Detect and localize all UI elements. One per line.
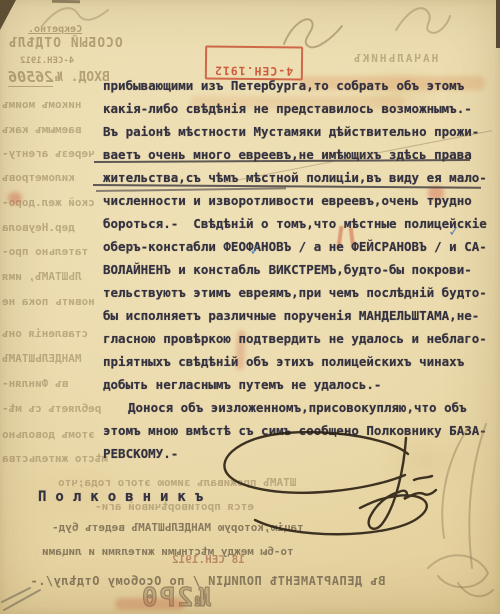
bleed-entry-number: 26506 (8, 68, 53, 87)
typewritten-line: пріятныхъ свѣдѣній объ этихъ полицейских… (103, 354, 464, 369)
typewritten-line: оберъ-констабли ФЕОФАНОВЪ / а не ФЕЙСРАН… (103, 239, 487, 254)
typewritten-line: тельствуютъ этимъ евреямъ,при чемъ послѣ… (103, 285, 487, 300)
pencil-scrawl (0, 586, 48, 614)
red-bleed-mark (8, 192, 22, 204)
typewritten-line: добыть негласнымъ путемъ не удалось.- (103, 377, 381, 392)
bleed-chief-heading: НАЧАЛЬНИКЪ (352, 52, 438, 65)
pen-underline (96, 187, 286, 192)
pencil-scrawl (278, 6, 348, 54)
typewritten-line: численности и изворотливости евреевъ,оче… (103, 193, 472, 208)
closing-rank-line: Полковникъ (38, 489, 212, 505)
typewritten-line: РЕВСКОМУ.- (103, 446, 178, 461)
bleedthrough-text: километровъ (2, 171, 75, 184)
bleedthrough-text: дер.Неувола (2, 221, 75, 234)
typewritten-line: бороться.- Свѣдѣній о томъ,что мѣстные п… (103, 216, 487, 231)
bleedthrough-text: ваемымъ какъ (2, 123, 81, 136)
typewritten-line: ВОЛАЙНЕНЪ и констабль ВИКСТРЕМЪ,будто-бы… (103, 262, 472, 277)
bleedthrough-text: ребляетъ съ мѣ- (2, 402, 101, 415)
document-page: Секретно. ОСОБЫЙ ОТДѢЛЪ 4-СЕН.1912 ВХОД.… (0, 0, 500, 614)
typewritten-line: бы исполняетъ различные порученія МАНДЕЛ… (103, 308, 479, 323)
typewritten-line: Въ раіонѣ мѣстности Мустамяки дѣйствител… (103, 124, 479, 139)
bleed-entry-label: ВХОД. № (55, 70, 110, 85)
page-edge-mark (52, 0, 80, 3)
bleedthrough-text: черезъ агенту- (2, 147, 95, 160)
typewritten-line: гласною провѣркою подтвердить не удалось… (103, 331, 487, 346)
pencil-scrawl (392, 2, 454, 36)
blue-checkmark: ✓ (448, 221, 459, 241)
bleedthrough-text: тательно про- (2, 245, 88, 258)
bleedthrough-text: новить пока не (2, 295, 95, 308)
red-bleed-mark (115, 598, 185, 610)
typewritten-line: прибывающими изъ Петербурга,то собрать о… (103, 78, 464, 93)
page-corner-shadow (0, 0, 16, 30)
pencil-scrawl (408, 418, 500, 608)
bleedthrough-text: этомъ довольно (2, 428, 95, 441)
bleedthrough-text: мѣсто жительства (2, 452, 108, 465)
bleedthrough-text: МАНДЕЛЬШТАМЪ (2, 352, 81, 365)
typewritten-line: какія-либо свѣдѣнія не представилось воз… (103, 101, 472, 116)
typewritten-line: жительства,съ чѣмъ мѣстной полиціи,въ ви… (103, 170, 487, 185)
bleed-special-section-stamp: ОСОБЫЙ ОТДѢЛЪ (8, 36, 123, 51)
pencil-scrawl (38, 2, 118, 32)
bleed-stamp-date: 4-СЕН.1912 (20, 56, 74, 66)
typewritten-line: Донося объ эизложенномъ,присовокупляю,чт… (103, 400, 467, 415)
signature (200, 428, 440, 548)
bleed-dept-date-stamp: 18 СЕН.1912 (172, 553, 245, 566)
page-edge-shadow (496, 0, 500, 48)
bleedthrough-text: никомъ моимъ (2, 98, 81, 111)
red-date-stamp-text: 4-СЕН.1912 (214, 63, 293, 79)
bleedthrough-text: въ Финлян- (2, 377, 68, 390)
bleedthrough-text: ставленія онъ (2, 327, 88, 340)
bleedthrough-text: ЛЬШТАМЪ, имя (2, 270, 81, 283)
